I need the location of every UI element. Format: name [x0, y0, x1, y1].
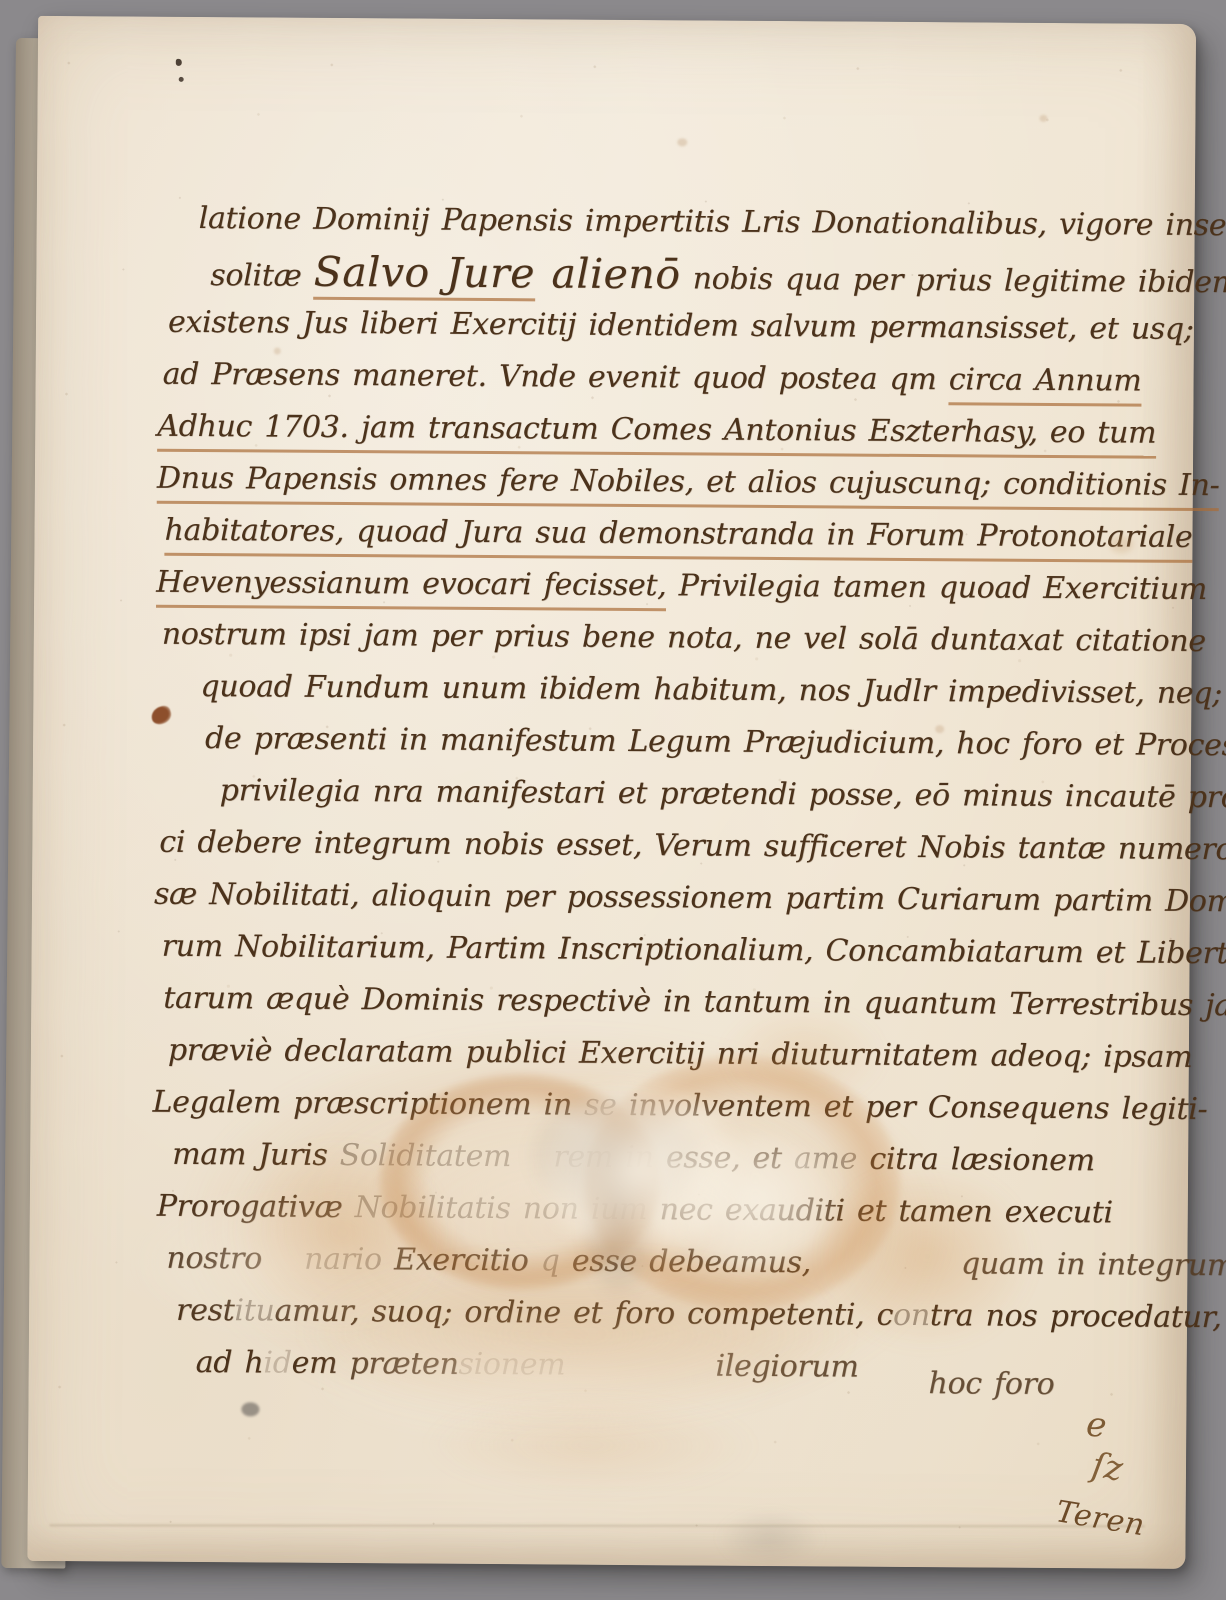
ink-speck [176, 59, 182, 66]
text-segment: involventem et per Consequens legiti- [617, 1088, 1208, 1127]
text-segment [811, 1272, 961, 1273]
text-segment: nario [304, 1242, 394, 1278]
text-segment: alienō [535, 249, 681, 298]
text-segment: rest [176, 1293, 235, 1328]
manuscript-line-18: Legalem præscriptionem in se involventem… [152, 1077, 1226, 1137]
bottom-crease [50, 1524, 1145, 1527]
flourish-mark: ſz [1089, 1445, 1126, 1489]
manuscript-line-6: Dnus Papensis omnes fere Nobiles, et ali… [157, 453, 1226, 513]
text-segment: solitæ [210, 258, 314, 294]
manuscript-line-22: restituamur, suoq; ordine et foro compet… [176, 1285, 1226, 1345]
scan-background: latione Dominij Papensis impertitis Lris… [0, 0, 1226, 1600]
text-segment: tarum æquè Dominis respectivè in tantum … [163, 981, 1226, 1024]
text-segment: Dnus Papensis omnes fere Nobiles, et ali… [157, 461, 1220, 511]
text-segment: ci debere integrum nobis esset, Verum su… [159, 825, 1226, 868]
text-segment: Legalem præscriptionem in [152, 1085, 584, 1123]
text-segment: rem in [553, 1139, 666, 1175]
text-segment: tra nos procedatur, [930, 1298, 1222, 1335]
stray-letter-e: e [1084, 1404, 1108, 1446]
manuscript-line-13: ci debere integrum nobis esset, Verum su… [159, 817, 1226, 877]
text-segment: id [263, 1345, 291, 1380]
text-segment: Privilegia tamen quoad Exercitium [666, 568, 1207, 607]
text-segment: nostro [166, 1241, 274, 1277]
text-segment: Salvo Jure [314, 248, 536, 302]
manuscript-line-15: rum Nobilitarium, Partim Inscriptionaliu… [161, 921, 1226, 981]
text-segment: itu [234, 1293, 274, 1328]
manuscript-line-19: mam Juris Soliditatem rem in esse, et am… [172, 1129, 1226, 1189]
manuscript-line-2: solitæ Salvo Jure alienō nobis qua per p… [210, 245, 1226, 305]
text-segment: em præten [292, 1346, 459, 1382]
text-segment: on [893, 1298, 930, 1333]
manuscript-page: latione Dominij Papensis impertitis Lris… [27, 16, 1196, 1569]
text-segment: Soliditatem [340, 1138, 524, 1174]
text-segment: circa Annum [949, 362, 1142, 406]
manuscript-line-5: Adhuc 1703. jam transactum Comes Antoniu… [157, 401, 1226, 461]
text-segment: quoad Fundum unum ibidem habitum, nos Ju… [200, 669, 1226, 712]
manuscript-line-8: Hevenyessianum evocari fecisset, Privile… [156, 557, 1226, 617]
text-segment [565, 1375, 715, 1376]
ink-speck [179, 77, 184, 82]
text-segment: nostrum ipsi jam per prius bene nota, ne… [162, 617, 1206, 659]
smudge [717, 1509, 822, 1568]
text-segment: ium [591, 1192, 660, 1227]
text-segment: privilegia nra manifestari et prætendi p… [220, 773, 1226, 815]
stain [428, 1397, 754, 1494]
text-segment: Exercitio [394, 1242, 541, 1278]
text-segment: Adhuc 1703. jam transactum Comes Antoniu… [157, 409, 1156, 459]
text-segment: citra læsionem [869, 1142, 1095, 1179]
text-segment: Nobilitatis non [355, 1190, 592, 1227]
manuscript-line-23: ad hidem prætensionemilegiorumhoc foro [196, 1337, 1226, 1397]
text-segment: ad Præsens maneret. Vnde evenit quod pos… [163, 357, 949, 397]
text-segment: nec exauditi et tamen executi [659, 1192, 1112, 1230]
text-segment: amur, suoq; ordine et foro competenti, c [274, 1294, 893, 1333]
manuscript-line-17: præviè declaratam publici Exercitij nri … [168, 1025, 1226, 1085]
text-segment: esse debeamus, [572, 1244, 811, 1281]
text-segment: q [541, 1243, 572, 1278]
text-segment: Prorogativæ [157, 1189, 355, 1225]
text-segment: præviè declaratam publici Exercitij nri … [168, 1033, 1193, 1075]
text-segment: hoc foro [928, 1358, 1054, 1411]
text-segment: esse, et [666, 1140, 794, 1176]
text-segment: sæ Nobilitati, alioquin per possessionem… [154, 877, 1226, 920]
foxing-spot [677, 138, 687, 146]
text-segment: ilegiorum [715, 1349, 858, 1385]
foxing-spot [1039, 115, 1047, 122]
text-segment: rum Nobilitarium, Partim Inscriptionaliu… [162, 929, 1226, 972]
manuscript-line-4: ad Præsens maneret. Vnde evenit quod pos… [162, 349, 1226, 409]
manuscript-line-3: existens Jus liberi Exercitij identidem … [168, 297, 1226, 357]
manuscript-line-9: nostrum ipsi jam per prius bene nota, ne… [162, 609, 1226, 669]
text-segment: sionem [458, 1347, 565, 1383]
manuscript-line-11: de præsenti in manifestum Legum Præjudic… [205, 713, 1226, 773]
manuscript-line-14: sæ Nobilitati, alioquin per possessionem… [154, 869, 1226, 929]
text-segment: mam Juris [172, 1137, 340, 1173]
manuscript-line-21: nostro nario Exercitio q esse debeamus,q… [166, 1233, 1226, 1293]
ink-spot [241, 1402, 259, 1416]
text-segment: habitatores, quoad Jura sua demonstranda… [164, 513, 1192, 563]
text-segment: Hevenyessianum evocari fecisset, [156, 565, 667, 612]
text-segment: ad h [196, 1345, 264, 1380]
text-segment: se [584, 1088, 617, 1123]
manuscript-line-7: habitatores, quoad Jura sua demonstranda… [164, 505, 1226, 565]
manuscript-line-12: privilegia nra manifestari et prætendi p… [220, 765, 1226, 825]
manuscript-line-1: latione Dominij Papensis impertitis Lris… [199, 193, 1226, 253]
text-segment: nobis qua per prius legitime ibidem præ [680, 261, 1226, 300]
manuscript-text: latione Dominij Papensis impertitis Lris… [146, 193, 1226, 1397]
text-segment: de præsenti in manifestum Legum Præjudic… [205, 721, 1226, 763]
text-segment: quam in integrum [961, 1246, 1226, 1283]
text-segment: existens Jus liberi Exercitij identidem … [168, 305, 1194, 347]
catchword: Teren [1053, 1494, 1147, 1543]
manuscript-line-16: tarum æquè Dominis respectivè in tantum … [163, 973, 1226, 1033]
manuscript-line-20: Prorogativæ Nobilitatis non ium nec exau… [157, 1181, 1226, 1241]
text-segment: ame [794, 1141, 870, 1177]
text-segment: latione Dominij Papensis impertitis Lris… [199, 201, 1226, 243]
manuscript-line-10: quoad Fundum unum ibidem habitum, nos Ju… [200, 661, 1226, 721]
